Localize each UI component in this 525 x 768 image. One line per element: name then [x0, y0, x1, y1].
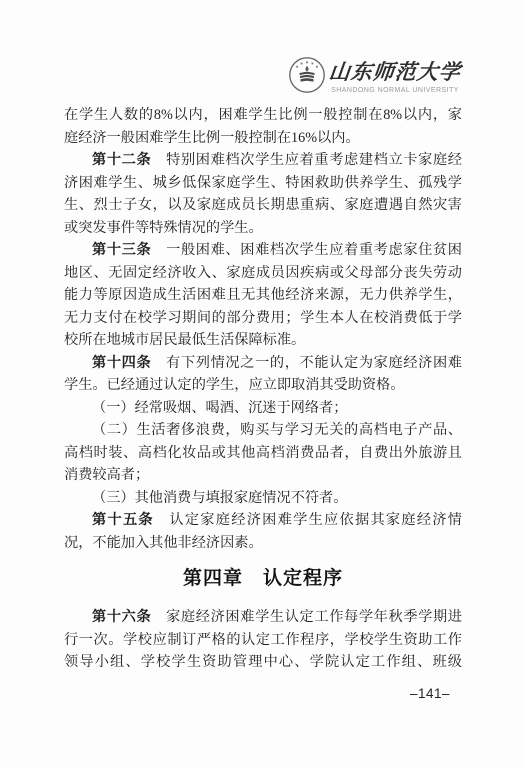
document-line: 地区、无固定经济收入、家庭成员因疾病或父母部分丧失劳动 — [64, 262, 462, 285]
document-line: （二）生活奢侈浪费，购买与学习无关的高档电子产品、 — [64, 419, 462, 442]
document-line: 济困难学生、城乡低保家庭学生、特困救助供养学生、孤残学 — [64, 172, 462, 195]
document-line: （一）经常吸烟、喝酒、沉迷于网络者； — [64, 397, 462, 420]
article-term: 第十六条 — [92, 609, 151, 625]
document-line: （三）其他消费与填报家庭情况不符者。 — [64, 487, 462, 510]
document-line: 第十三条 一般困难、困难档次学生应着重考虑家住贫困 — [64, 239, 462, 262]
document-line: 能力等原因造成生活困难且无其他经济来源，无力供养学生， — [64, 284, 462, 307]
article-term: 第十二条 — [92, 152, 151, 168]
document-line: 学生。已经通过认定的学生，应立即取消其受助资格。 — [64, 374, 462, 397]
article-term: 第十五条 — [92, 512, 154, 528]
document-line: 在学生人数的8%以内，困难学生比例一般控制在8%以内，家 — [64, 104, 462, 127]
university-name-block: 山东师范大学 SHANDONG NORMAL UNIVERSITY — [329, 56, 461, 94]
document-line: 消费较高者； — [64, 464, 462, 487]
document-page: 山东师范大学 SHANDONG NORMAL UNIVERSITY 在学生人数的… — [0, 0, 525, 768]
document-line: 庭经济一般困难学生比例一般控制在16%以内。 — [64, 127, 462, 150]
document-body: 在学生人数的8%以内，困难学生比例一般控制在8%以内，家庭经济一般困难学生比例一… — [64, 104, 462, 674]
document-line: 第十二条 特别困难档次学生应着重考虑建档立卡家庭经 — [64, 149, 462, 172]
document-line: 或突发事件等特殊情况的学生。 — [64, 217, 462, 240]
document-line: 第十五条 认定家庭经济困难学生应依据其家庭经济情 — [64, 509, 462, 532]
document-line: 领导小组、学校学生资助管理中心、学院认定工作组、班级 — [64, 651, 462, 674]
document-line: 况，不能加入其他非经济因素。 — [64, 532, 462, 555]
document-line: 第十六条 家庭经济困难学生认定工作每学年秋季学期进 — [64, 606, 462, 629]
university-name-en: SHANDONG NORMAL UNIVERSITY — [331, 87, 459, 94]
document-line: 校所在地城市居民最低生活保障标准。 — [64, 329, 462, 352]
university-seal-icon — [288, 56, 326, 94]
article-term: 第十四条 — [92, 355, 151, 371]
university-logo: 山东师范大学 SHANDONG NORMAL UNIVERSITY — [288, 56, 461, 94]
chapter-heading: 第四章 认定程序 — [64, 564, 462, 594]
document-line: 行一次。学校应制订严格的认定工作程序，学校学生资助工作 — [64, 629, 462, 652]
document-line: 第十四条 有下列情况之一的，不能认定为家庭经济困难 — [64, 352, 462, 375]
page-number: –141– — [410, 686, 450, 701]
document-line: 生、烈士子女，以及家庭成员长期患重病、家庭遭遇自然灾害 — [64, 194, 462, 217]
university-name-zh: 山东师范大学 — [327, 56, 462, 86]
document-line: 高档时装、高档化妆品或其他高档消费品者，自费出外旅游且 — [64, 442, 462, 465]
article-term: 第十三条 — [92, 242, 151, 258]
document-line: 无力支付在校学习期间的部分费用；学生本人在校消费低于学 — [64, 307, 462, 330]
